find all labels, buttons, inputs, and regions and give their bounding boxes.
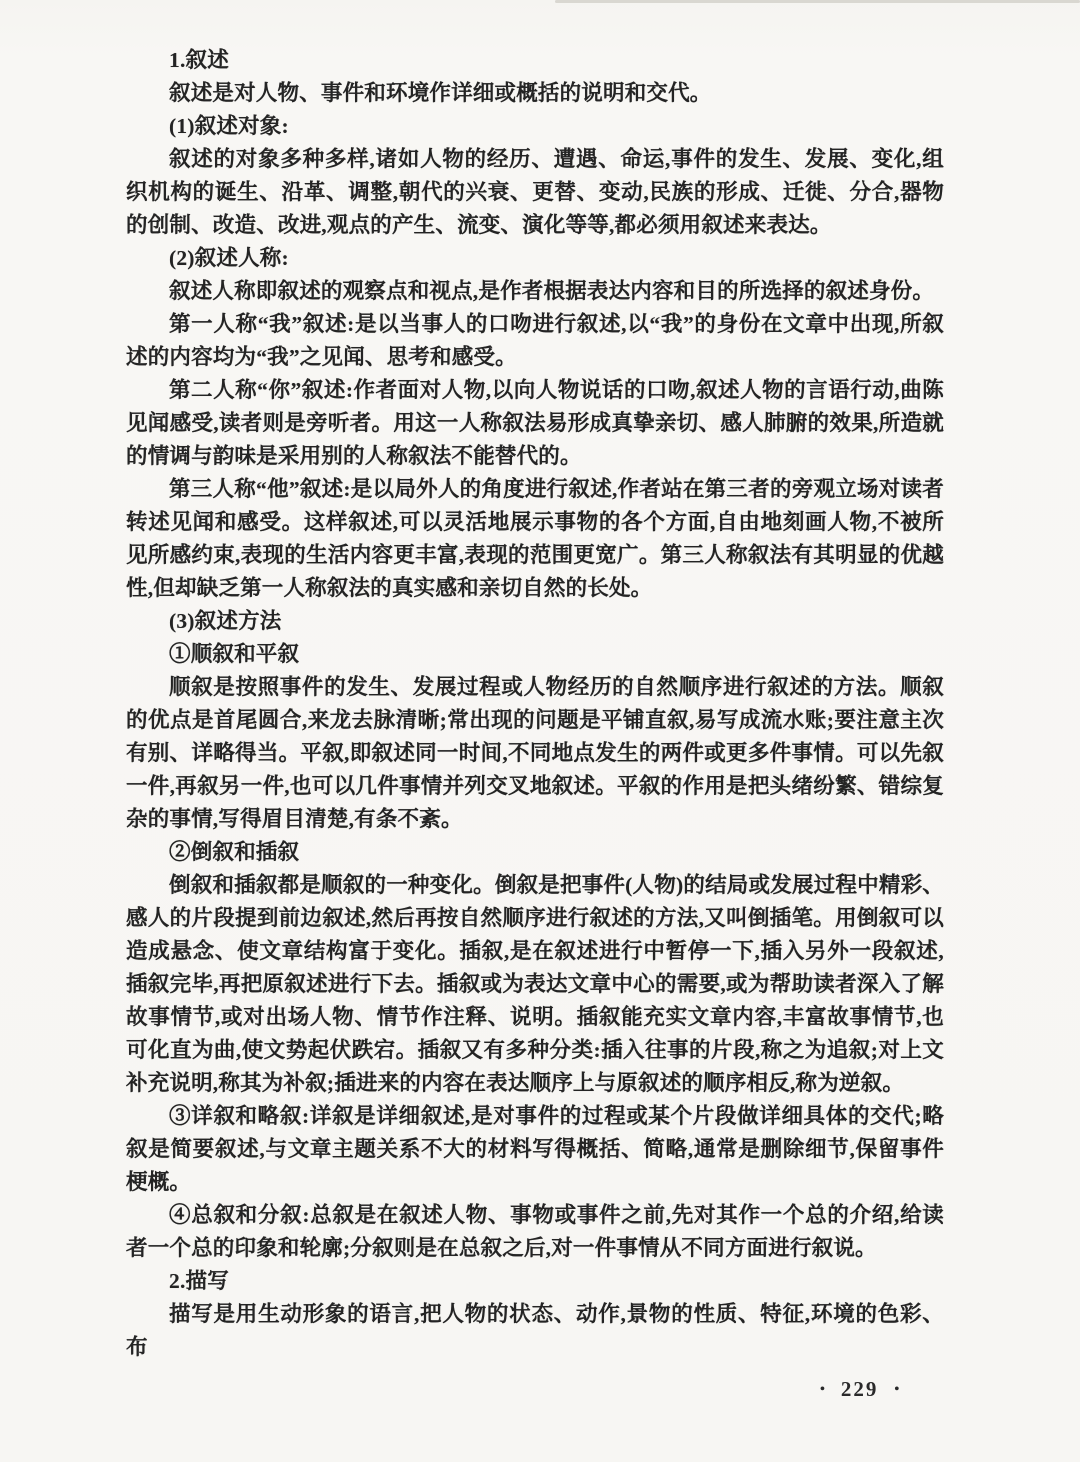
- para-xiangxu-luexu: ③详叙和略叙:详叙是详细叙述,是对事件的过程或某个片段做详细具体的交代;略叙是简…: [126, 1100, 944, 1199]
- para-narration-person-intro: 叙述人称即叙述的观察点和视点,是作者根据表达内容和目的所选择的叙述身份。: [126, 275, 944, 308]
- subheading-daoxu-chaxu: ②倒叙和插叙: [126, 836, 944, 869]
- scan-artifact: [555, 0, 1080, 3]
- para-narration-intro: 叙述是对人物、事件和环境作详细或概括的说明和交代。: [126, 77, 944, 110]
- para-narration-object: 叙述的对象多种多样,诸如人物的经历、遭遇、命运,事件的发生、发展、变化,组织机构…: [126, 143, 944, 242]
- subheading-narration-object: (1)叙述对象:: [126, 110, 944, 143]
- para-description-intro: 描写是用生动形象的语言,把人物的状态、动作,景物的性质、特征,环境的色彩、布: [126, 1298, 944, 1364]
- para-second-person: 第二人称“你”叙述:作者面对人物,以向人物说话的口吻,叙述人物的言语行动,曲陈见…: [126, 374, 944, 473]
- para-daoxu-chaxu: 倒叙和插叙都是顺叙的一种变化。倒叙是把事件(人物)的结局或发展过程中精彩、感人的…: [126, 869, 944, 1100]
- page-number-left-dot: •: [820, 1383, 825, 1397]
- subheading-shunxu-pingxu: ①顺叙和平叙: [126, 638, 944, 671]
- book-page: 1.叙述 叙述是对人物、事件和环境作详细或概括的说明和交代。 (1)叙述对象: …: [0, 0, 1080, 1462]
- page-number-right-dot: •: [894, 1383, 899, 1397]
- para-third-person: 第三人称“他”叙述:是以局外人的角度进行叙述,作者站在第三者的旁观立场对读者转述…: [126, 473, 944, 605]
- subheading-narration-person: (2)叙述人称:: [126, 242, 944, 275]
- para-first-person: 第一人称“我”叙述:是以当事人的口吻进行叙述,以“我”的身份在文章中出现,所叙述…: [126, 308, 944, 374]
- page-number: • 229 •: [820, 1379, 899, 1400]
- subheading-narration-methods: (3)叙述方法: [126, 605, 944, 638]
- page-number-value: 229: [841, 1379, 879, 1400]
- heading-narration: 1.叙述: [126, 44, 944, 77]
- page-body-text: 1.叙述 叙述是对人物、事件和环境作详细或概括的说明和交代。 (1)叙述对象: …: [126, 44, 944, 1364]
- para-shunxu-pingxu: 顺叙是按照事件的发生、发展过程或人物经历的自然顺序进行叙述的方法。顺叙的优点是首…: [126, 671, 944, 836]
- heading-description: 2.描写: [126, 1265, 944, 1298]
- para-zongxu-fenxu: ④总叙和分叙:总叙是在叙述人物、事物或事件之前,先对其作一个总的介绍,给读者一个…: [126, 1199, 944, 1265]
